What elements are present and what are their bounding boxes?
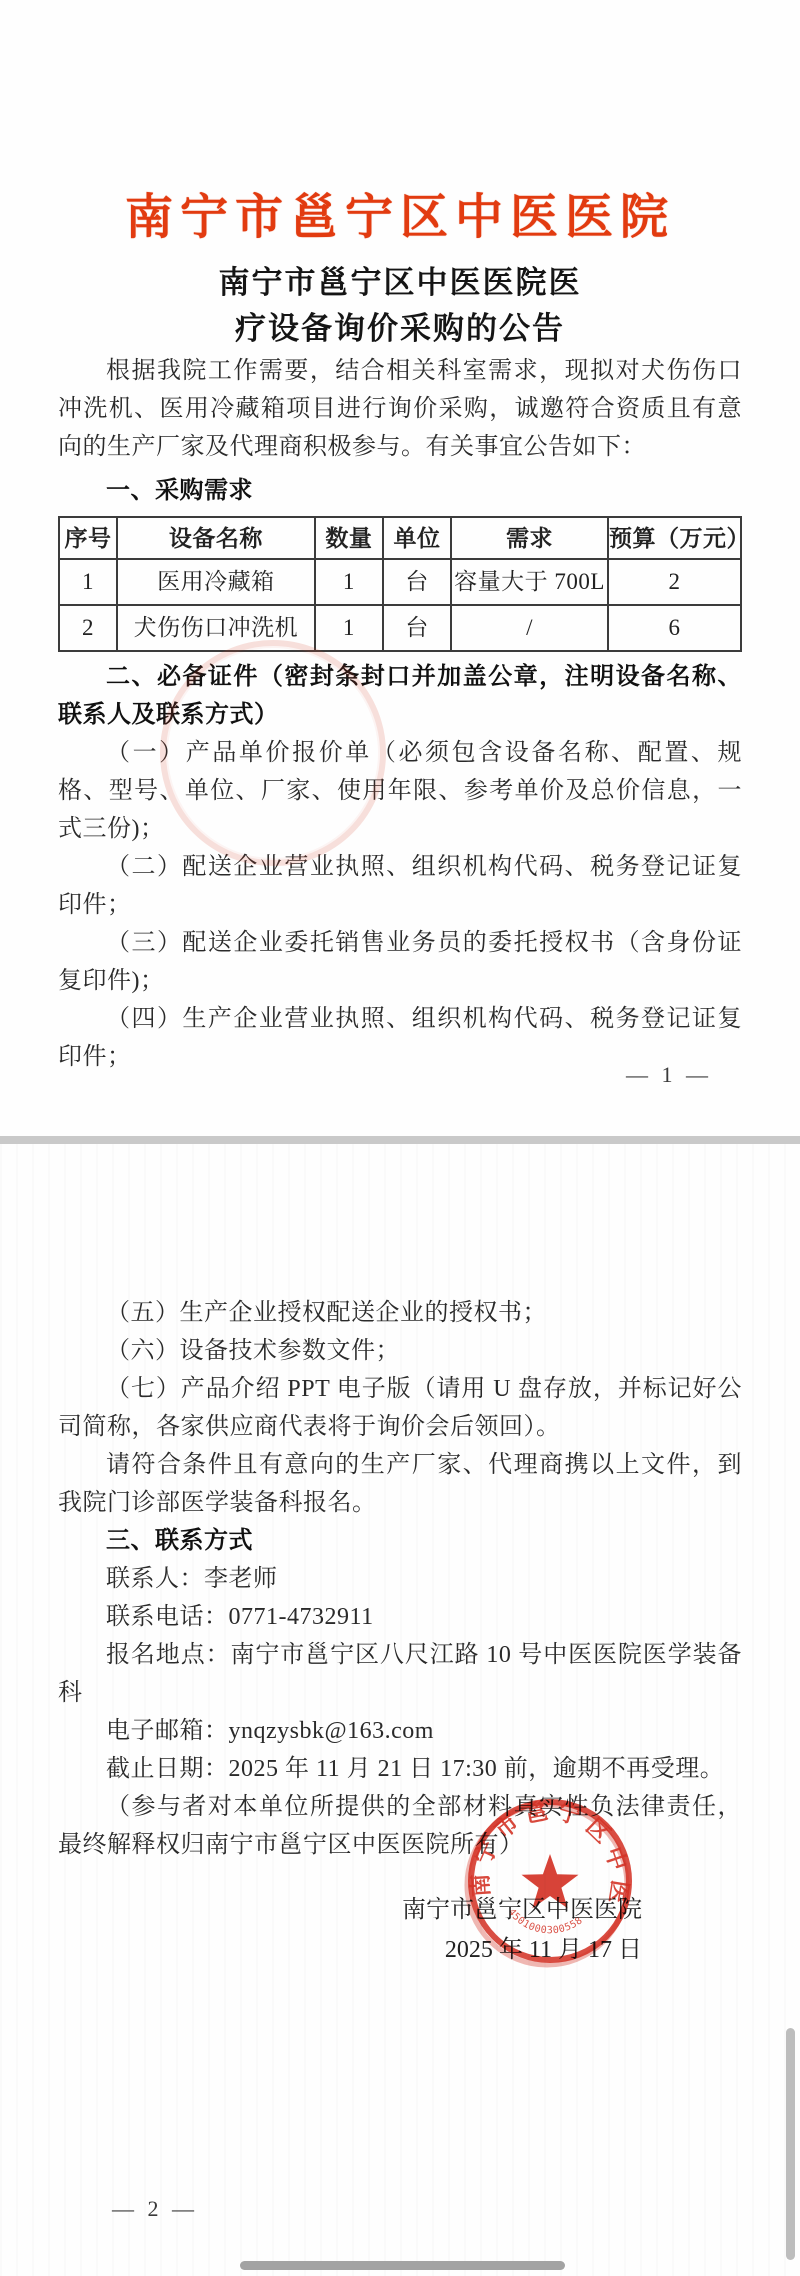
contact-email: 电子邮箱：ynqzysbk@163.com (58, 1712, 742, 1750)
procurement-table: 序号 设备名称 数量 单位 需求 预算（万元） 1 医用冷藏箱 1 台 容量大于… (58, 516, 742, 652)
faint-seal-imprint (160, 640, 386, 866)
required-doc-item-7: （七）产品介绍 PPT 电子版（请用 U 盘存放，并标记好公司简称，各家供应商代… (58, 1370, 742, 1446)
page-number-2: — 2 — (112, 2196, 198, 2222)
horizontal-scrollbar-thumb[interactable] (240, 2261, 565, 2270)
section1-heading: 一、采购需求 (58, 472, 742, 510)
registration-paragraph: 请符合条件且有意向的生产厂家、代理商携以上文件，到我院门诊部医学装备科报名。 (58, 1446, 742, 1522)
vertical-scrollbar-thumb[interactable] (786, 2028, 795, 2260)
page-separator (0, 1136, 800, 1144)
document-title-line1: 南宁市邕宁区中医医院医 (58, 260, 742, 306)
col-header-device: 设备名称 (117, 517, 315, 559)
cell-index: 2 (59, 605, 117, 651)
section2-heading: 二、必备证件（密封条封口并加盖公章，注明设备名称、联系人及联系方式） (58, 658, 742, 734)
cell-req: / (451, 605, 608, 651)
hospital-red-letterhead: 南宁市邕宁区中医医院 (58, 190, 742, 246)
cell-budget: 2 (608, 559, 741, 605)
col-header-index: 序号 (59, 517, 117, 559)
seal-graphic: 南宁市邕宁区中医医院 4501000300558 (455, 1786, 645, 1986)
official-red-seal: 南宁市邕宁区中医医院 4501000300558 (455, 1786, 645, 1986)
col-header-unit: 单位 (383, 517, 451, 559)
required-doc-item-3: （三）配送企业委托销售业务员的委托授权书（含身份证复印件)； (58, 924, 742, 1000)
col-header-qty: 数量 (315, 517, 383, 559)
intro-paragraph: 根据我院工作需要，结合相关科室需求，现拟对犬伤伤口冲洗机、医用冷藏箱项目进行询价… (58, 352, 742, 466)
document-title: 南宁市邕宁区中医医院医 疗设备询价采购的公告 (58, 260, 742, 352)
contact-person: 联系人：李老师 (58, 1560, 742, 1598)
required-doc-item-6: （六）设备技术参数文件； (58, 1332, 742, 1370)
table-row: 2 犬伤伤口冲洗机 1 台 / 6 (59, 605, 741, 651)
cell-qty: 1 (315, 559, 383, 605)
seal-serial-number: 4501000300558 (506, 1907, 585, 1936)
seal-star-icon (522, 1854, 579, 1908)
document-page-1: 南宁市邕宁区中医医院 南宁市邕宁区中医医院医 疗设备询价采购的公告 根据我院工作… (0, 0, 800, 1136)
cell-unit: 台 (383, 605, 451, 651)
seal-serial-holder: 4501000300558 (506, 1907, 585, 1936)
cell-qty: 1 (315, 605, 383, 651)
page-number-1: — 1 — (626, 1062, 712, 1088)
table-row: 1 医用冷藏箱 1 台 容量大于 700L 2 (59, 559, 741, 605)
cell-req: 容量大于 700L (451, 559, 608, 605)
cell-budget: 6 (608, 605, 741, 651)
required-doc-item-2: （二）配送企业营业执照、组织机构代码、税务登记证复印件； (58, 848, 742, 924)
contact-deadline: 截止日期：2025 年 11 月 21 日 17:30 前，逾期不再受理。 (58, 1750, 742, 1788)
required-doc-item-5: （五）生产企业授权配送企业的授权书； (58, 1294, 742, 1332)
contact-phone: 联系电话：0771-4732911 (58, 1598, 742, 1636)
document-page-2: （五）生产企业授权配送企业的授权书； （六）设备技术参数文件； （七）产品介绍 … (0, 1144, 800, 2276)
cell-device: 医用冷藏箱 (117, 559, 315, 605)
col-header-req: 需求 (451, 517, 608, 559)
document-title-line2: 疗设备询价采购的公告 (58, 306, 742, 352)
section3-heading: 三、联系方式 (58, 1522, 742, 1560)
table-header-row: 序号 设备名称 数量 单位 需求 预算（万元） (59, 517, 741, 559)
cell-unit: 台 (383, 559, 451, 605)
col-header-budget: 预算（万元） (608, 517, 741, 559)
contact-address: 报名地点：南宁市邕宁区八尺江路 10 号中医医院医学装备科 (58, 1636, 742, 1712)
cell-index: 1 (59, 559, 117, 605)
